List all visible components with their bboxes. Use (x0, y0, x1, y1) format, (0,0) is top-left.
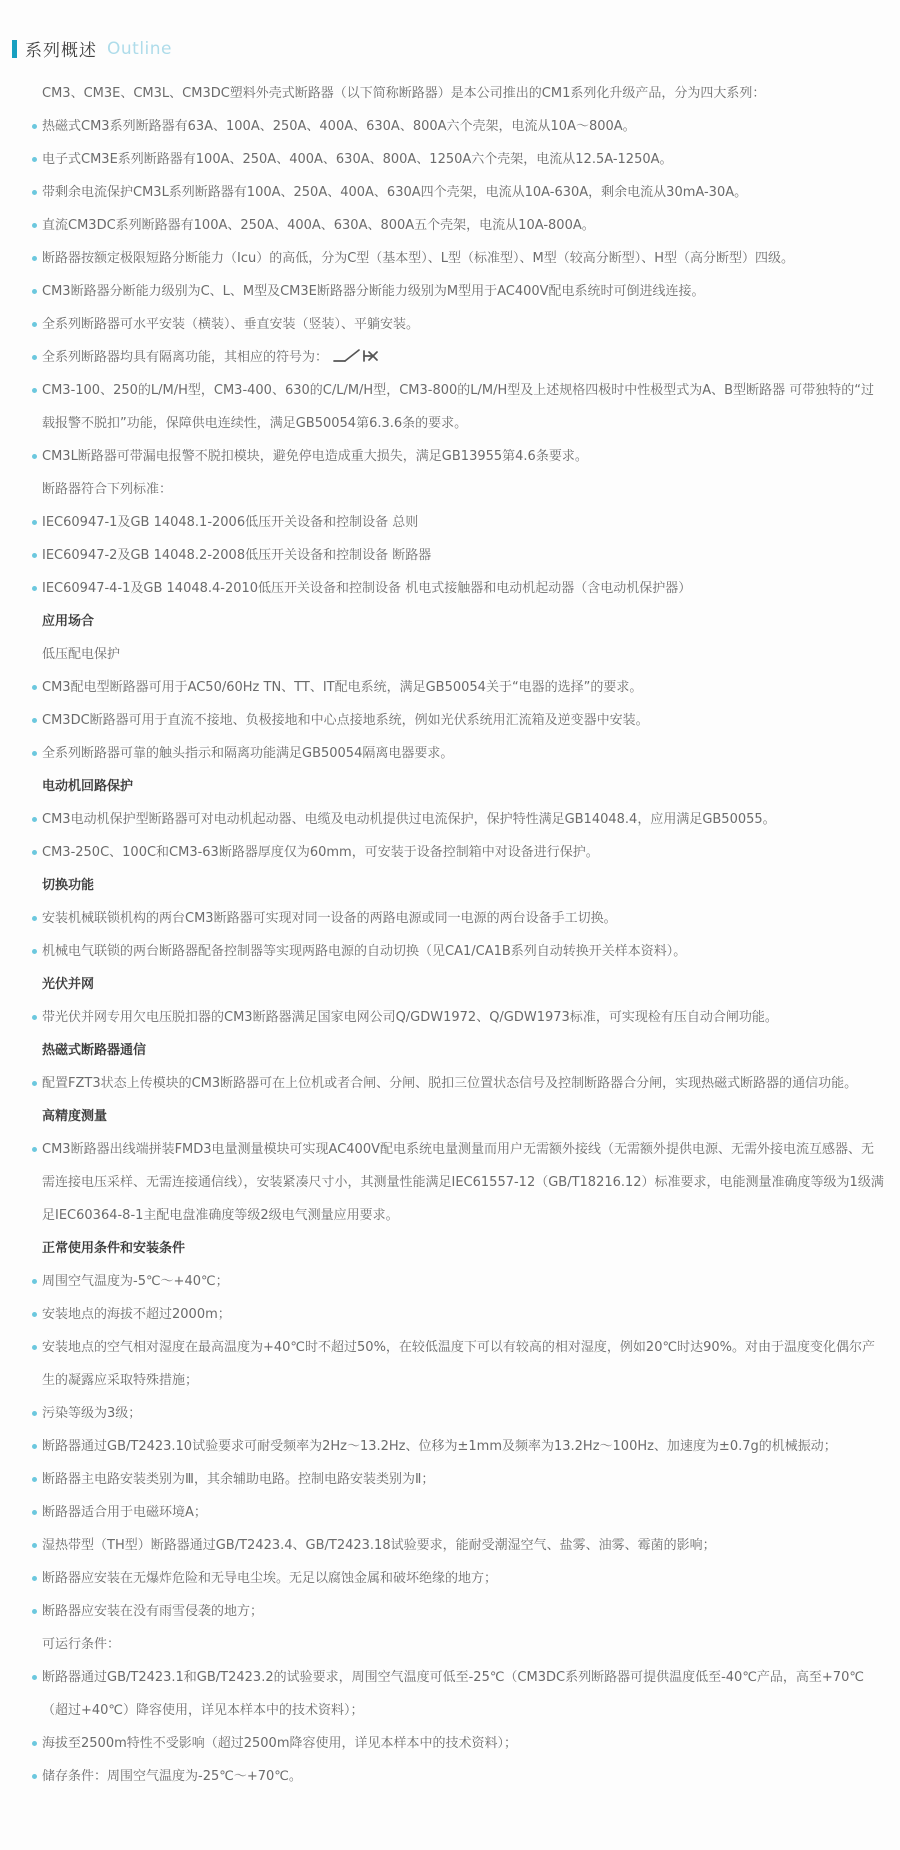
item-text: 安装地点的空气相对湿度在最高温度为+40℃时不超过50%，在较低温度下可以有较高… (42, 1340, 875, 1388)
item-text: CM3配电型断路器可用于AC50/60Hz TN、TT、IT配电系统，满足GB5… (42, 680, 642, 695)
bullet-dot-icon (32, 817, 37, 822)
item-text: 安装机械联锁机构的两台CM3断路器可实现对同一设备的两路电源或同一电源的两台设备… (42, 911, 617, 926)
bullet-item: IEC60947-4-1及GB 14048.4-2010低压开关设备和控制设备 … (42, 572, 886, 605)
bullet-item: 机械电气联锁的两台断路器配备控制器等实现两路电源的自动切换（见CA1/CA1B系… (42, 935, 886, 968)
bullet-dot-icon (32, 1279, 37, 1284)
bullet-item: CM3L断路器可带漏电报警不脱扣模块，避免停电造成重大损失，满足GB13955第… (42, 440, 886, 473)
bullet-dot-icon (32, 223, 37, 228)
text-line: 断路器符合下列标准： (42, 473, 886, 506)
item-text: 电子式CM3E系列断路器有100A、250A、400A、630A、800A、12… (42, 152, 673, 167)
content-list: CM3、CM3E、CM3L、CM3DC塑料外壳式断路器（以下简称断路器）是本公司… (31, 77, 886, 1793)
bullet-item: 直流CM3DC系列断路器有100A、250A、400A、630A、800A五个壳… (42, 209, 886, 242)
bullet-dot-icon (32, 1576, 37, 1581)
bullet-dot-icon (32, 1345, 37, 1350)
item-text: 断路器符合下列标准： (42, 482, 172, 497)
bullet-item: 配置FZT3状态上传模块的CM3断路器可在上位机或者合闸、分闸、脱扣三位置状态信… (42, 1067, 886, 1100)
bullet-dot-icon (32, 916, 37, 921)
bullet-dot-icon (32, 1444, 37, 1449)
bullet-item: 海拔至2500m特性不受影响（超过2500m降容使用，详见本样本中的技术资料）； (42, 1727, 886, 1760)
bullet-dot-icon (32, 520, 37, 525)
bullet-dot-icon (32, 1543, 37, 1548)
bullet-item: IEC60947-1及GB 14048.1-2006低压开关设备和控制设备 总则 (42, 506, 886, 539)
isolation-symbol-icon (332, 347, 380, 365)
bullet-dot-icon (32, 718, 37, 723)
item-text: 配置FZT3状态上传模块的CM3断路器可在上位机或者合闸、分闸、脱扣三位置状态信… (42, 1076, 857, 1091)
bullet-item: 安装地点的空气相对湿度在最高温度为+40℃时不超过50%，在较低温度下可以有较高… (42, 1331, 886, 1397)
bullet-dot-icon (32, 685, 37, 690)
bullet-dot-icon (32, 1081, 37, 1086)
item-text: 电动机回路保护 (42, 779, 133, 794)
item-text: IEC60947-2及GB 14048.2-2008低压开关设备和控制设备 断路… (42, 548, 431, 563)
bullet-dot-icon (32, 1675, 37, 1680)
bullet-dot-icon (32, 1741, 37, 1746)
bullet-item: 安装地点的海拔不超过2000m； (42, 1298, 886, 1331)
text-line: 低压配电保护 (42, 638, 886, 671)
item-text: CM3电动机保护型断路器可对电动机起动器、电缆及电动机提供过电流保护，保护特性满… (42, 812, 776, 827)
section-heading: 电动机回路保护 (42, 770, 886, 803)
bullet-item: 断路器适合用于电磁环境A； (42, 1496, 886, 1529)
bullet-dot-icon (32, 388, 37, 393)
item-text: IEC60947-4-1及GB 14048.4-2010低压开关设备和控制设备 … (42, 581, 691, 596)
item-text: 断路器主电路安装类别为Ⅲ，其余辅助电路。控制电路安装类别为Ⅱ； (42, 1472, 434, 1487)
bullet-item: 电子式CM3E系列断路器有100A、250A、400A、630A、800A、12… (42, 143, 886, 176)
item-text: 可运行条件： (42, 1637, 120, 1652)
bullet-item: 断路器通过GB/T2423.1和GB/T2423.2的试验要求，周围空气温度可低… (42, 1661, 886, 1727)
bullet-dot-icon (32, 355, 37, 360)
section-heading: 高精度测量 (42, 1100, 886, 1133)
item-text: 正常使用条件和安装条件 (42, 1241, 185, 1256)
accent-bar-icon (12, 40, 17, 58)
bullet-item: CM3断路器分断能力级别为C、L、M型及CM3E断路器分断能力级别为M型用于AC… (42, 275, 886, 308)
item-text: 储存条件：周围空气温度为-25℃～+70℃。 (42, 1769, 302, 1784)
item-text: 光伏并网 (42, 977, 94, 992)
item-text: 断路器适合用于电磁环境A； (42, 1505, 207, 1520)
bullet-item: 周围空气温度为-5℃～+40℃； (42, 1265, 886, 1298)
item-text: CM3DC断路器可用于直流不接地、负极接地和中心点接地系统，例如光伏系统用汇流箱… (42, 713, 649, 728)
bullet-dot-icon (32, 586, 37, 591)
section-header: 系列概述 Outline (12, 36, 886, 61)
page-title-en: Outline (107, 39, 172, 59)
bullet-item: 安装机械联锁机构的两台CM3断路器可实现对同一设备的两路电源或同一电源的两台设备… (42, 902, 886, 935)
bullet-dot-icon (32, 1147, 37, 1152)
item-text: 断路器通过GB/T2423.10试验要求可耐受频率为2Hz～13.2Hz、位移为… (42, 1439, 837, 1454)
item-text: 海拔至2500m特性不受影响（超过2500m降容使用，详见本样本中的技术资料）； (42, 1736, 517, 1751)
item-text: CM3L断路器可带漏电报警不脱扣模块，避免停电造成重大损失，满足GB13955第… (42, 449, 588, 464)
item-text: CM3-250C、100C和CM3-63断路器厚度仅为60mm，可安装于设备控制… (42, 845, 599, 860)
bullet-item: CM3DC断路器可用于直流不接地、负极接地和中心点接地系统，例如光伏系统用汇流箱… (42, 704, 886, 737)
bullet-dot-icon (32, 1510, 37, 1515)
bullet-item: CM3-100、250的L/M/H型，CM3-400、630的C/L/M/H型，… (42, 374, 886, 440)
bullet-item: 断路器主电路安装类别为Ⅲ，其余辅助电路。控制电路安装类别为Ⅱ； (42, 1463, 886, 1496)
item-text: 热磁式断路器通信 (42, 1043, 146, 1058)
bullet-dot-icon (32, 1411, 37, 1416)
page-title: 系列概述 (25, 36, 97, 61)
bullet-dot-icon (32, 454, 37, 459)
bullet-item: IEC60947-2及GB 14048.2-2008低压开关设备和控制设备 断路… (42, 539, 886, 572)
bullet-item: CM3配电型断路器可用于AC50/60Hz TN、TT、IT配电系统，满足GB5… (42, 671, 886, 704)
bullet-item: 热磁式CM3系列断路器有63A、100A、250A、400A、630A、800A… (42, 110, 886, 143)
bullet-dot-icon (32, 850, 37, 855)
item-text: 断路器通过GB/T2423.1和GB/T2423.2的试验要求，周围空气温度可低… (42, 1670, 864, 1718)
item-text: 污染等级为3级； (42, 1406, 141, 1421)
bullet-item: 带光伏并网专用欠电压脱扣器的CM3断路器满足国家电网公司Q/GDW1972、Q/… (42, 1001, 886, 1034)
bullet-item: 断路器按额定极限短路分断能力（Icu）的高低，分为C型（基本型）、L型（标准型）… (42, 242, 886, 275)
bullet-dot-icon (32, 751, 37, 756)
bullet-dot-icon (32, 1477, 37, 1482)
bullet-dot-icon (32, 124, 37, 129)
item-text: 应用场合 (42, 614, 94, 629)
bullet-dot-icon (32, 289, 37, 294)
bullet-item: 全系列断路器可靠的触头指示和隔离功能满足GB50054隔离电器要求。 (42, 737, 886, 770)
item-text: 高精度测量 (42, 1109, 107, 1124)
item-text: 全系列断路器均具有隔离功能，其相应的符号为： (42, 350, 328, 365)
item-text: CM3断路器出线端拼装FMD3电量测量模块可实现AC400V配电系统电量测量而用… (42, 1142, 884, 1223)
bullet-dot-icon (32, 1774, 37, 1779)
item-text: CM3断路器分断能力级别为C、L、M型及CM3E断路器分断能力级别为M型用于AC… (42, 284, 705, 299)
item-text: CM3、CM3E、CM3L、CM3DC塑料外壳式断路器（以下简称断路器）是本公司… (42, 86, 765, 101)
bullet-item: CM3电动机保护型断路器可对电动机起动器、电缆及电动机提供过电流保护，保护特性满… (42, 803, 886, 836)
section-heading: 切换功能 (42, 869, 886, 902)
bullet-item: 带剩余电流保护CM3L系列断路器有100A、250A、400A、630A四个壳架… (42, 176, 886, 209)
section-heading: 热磁式断路器通信 (42, 1034, 886, 1067)
bullet-dot-icon (32, 190, 37, 195)
bullet-item: 断路器应安装在无爆炸危险和无导电尘埃。无足以腐蚀金属和破坏绝缘的地方； (42, 1562, 886, 1595)
bullet-item: 储存条件：周围空气温度为-25℃～+70℃。 (42, 1760, 886, 1793)
item-text: 湿热带型（TH型）断路器通过GB/T2423.4、GB/T2423.18试验要求… (42, 1538, 716, 1553)
bullet-dot-icon (32, 322, 37, 327)
bullet-item: 断路器通过GB/T2423.10试验要求可耐受频率为2Hz～13.2Hz、位移为… (42, 1430, 886, 1463)
item-text: 热磁式CM3系列断路器有63A、100A、250A、400A、630A、800A… (42, 119, 636, 134)
section-heading: 应用场合 (42, 605, 886, 638)
bullet-item: 全系列断路器可水平安装（横装）、垂直安装（竖装）、平躺安装。 (42, 308, 886, 341)
item-text: IEC60947-1及GB 14048.1-2006低压开关设备和控制设备 总则 (42, 515, 418, 530)
bullet-dot-icon (32, 157, 37, 162)
item-text: 断路器应安装在没有雨雪侵袭的地方； (42, 1604, 263, 1619)
item-text: 带剩余电流保护CM3L系列断路器有100A、250A、400A、630A四个壳架… (42, 185, 747, 200)
bullet-dot-icon (32, 949, 37, 954)
item-text: 全系列断路器可靠的触头指示和隔离功能满足GB50054隔离电器要求。 (42, 746, 453, 761)
item-text: 带光伏并网专用欠电压脱扣器的CM3断路器满足国家电网公司Q/GDW1972、Q/… (42, 1010, 778, 1025)
bullet-item: 污染等级为3级； (42, 1397, 886, 1430)
bullet-dot-icon (32, 1015, 37, 1020)
item-text: 低压配电保护 (42, 647, 120, 662)
bullet-dot-icon (32, 1609, 37, 1614)
bullet-dot-icon (32, 256, 37, 261)
item-text: 机械电气联锁的两台断路器配备控制器等实现两路电源的自动切换（见CA1/CA1B系… (42, 944, 686, 959)
item-text: 切换功能 (42, 878, 94, 893)
item-text: 断路器按额定极限短路分断能力（Icu）的高低，分为C型（基本型）、L型（标准型）… (42, 251, 794, 266)
item-text: 安装地点的海拔不超过2000m； (42, 1307, 231, 1322)
bullet-item: CM3断路器出线端拼装FMD3电量测量模块可实现AC400V配电系统电量测量而用… (42, 1133, 886, 1232)
bullet-item: CM3-250C、100C和CM3-63断路器厚度仅为60mm，可安装于设备控制… (42, 836, 886, 869)
section-heading: 光伏并网 (42, 968, 886, 1001)
text-line: 可运行条件： (42, 1628, 886, 1661)
section-heading: 正常使用条件和安装条件 (42, 1232, 886, 1265)
bullet-item: 断路器应安装在没有雨雪侵袭的地方； (42, 1595, 886, 1628)
text-line: CM3、CM3E、CM3L、CM3DC塑料外壳式断路器（以下简称断路器）是本公司… (42, 77, 886, 110)
bullet-dot-icon (32, 1312, 37, 1317)
bullet-item: 湿热带型（TH型）断路器通过GB/T2423.4、GB/T2423.18试验要求… (42, 1529, 886, 1562)
document-page: 系列概述 Outline CM3、CM3E、CM3L、CM3DC塑料外壳式断路器… (0, 0, 900, 1850)
item-text: 直流CM3DC系列断路器有100A、250A、400A、630A、800A五个壳… (42, 218, 595, 233)
bullet-dot-icon (32, 553, 37, 558)
bullet-item: 全系列断路器均具有隔离功能，其相应的符号为： (42, 341, 886, 374)
item-text: 周围空气温度为-5℃～+40℃； (42, 1274, 229, 1289)
item-text: 全系列断路器可水平安装（横装）、垂直安装（竖装）、平躺安装。 (42, 317, 419, 332)
item-text: CM3-100、250的L/M/H型，CM3-400、630的C/L/M/H型，… (42, 383, 874, 431)
item-text: 断路器应安装在无爆炸危险和无导电尘埃。无足以腐蚀金属和破坏绝缘的地方； (42, 1571, 497, 1586)
